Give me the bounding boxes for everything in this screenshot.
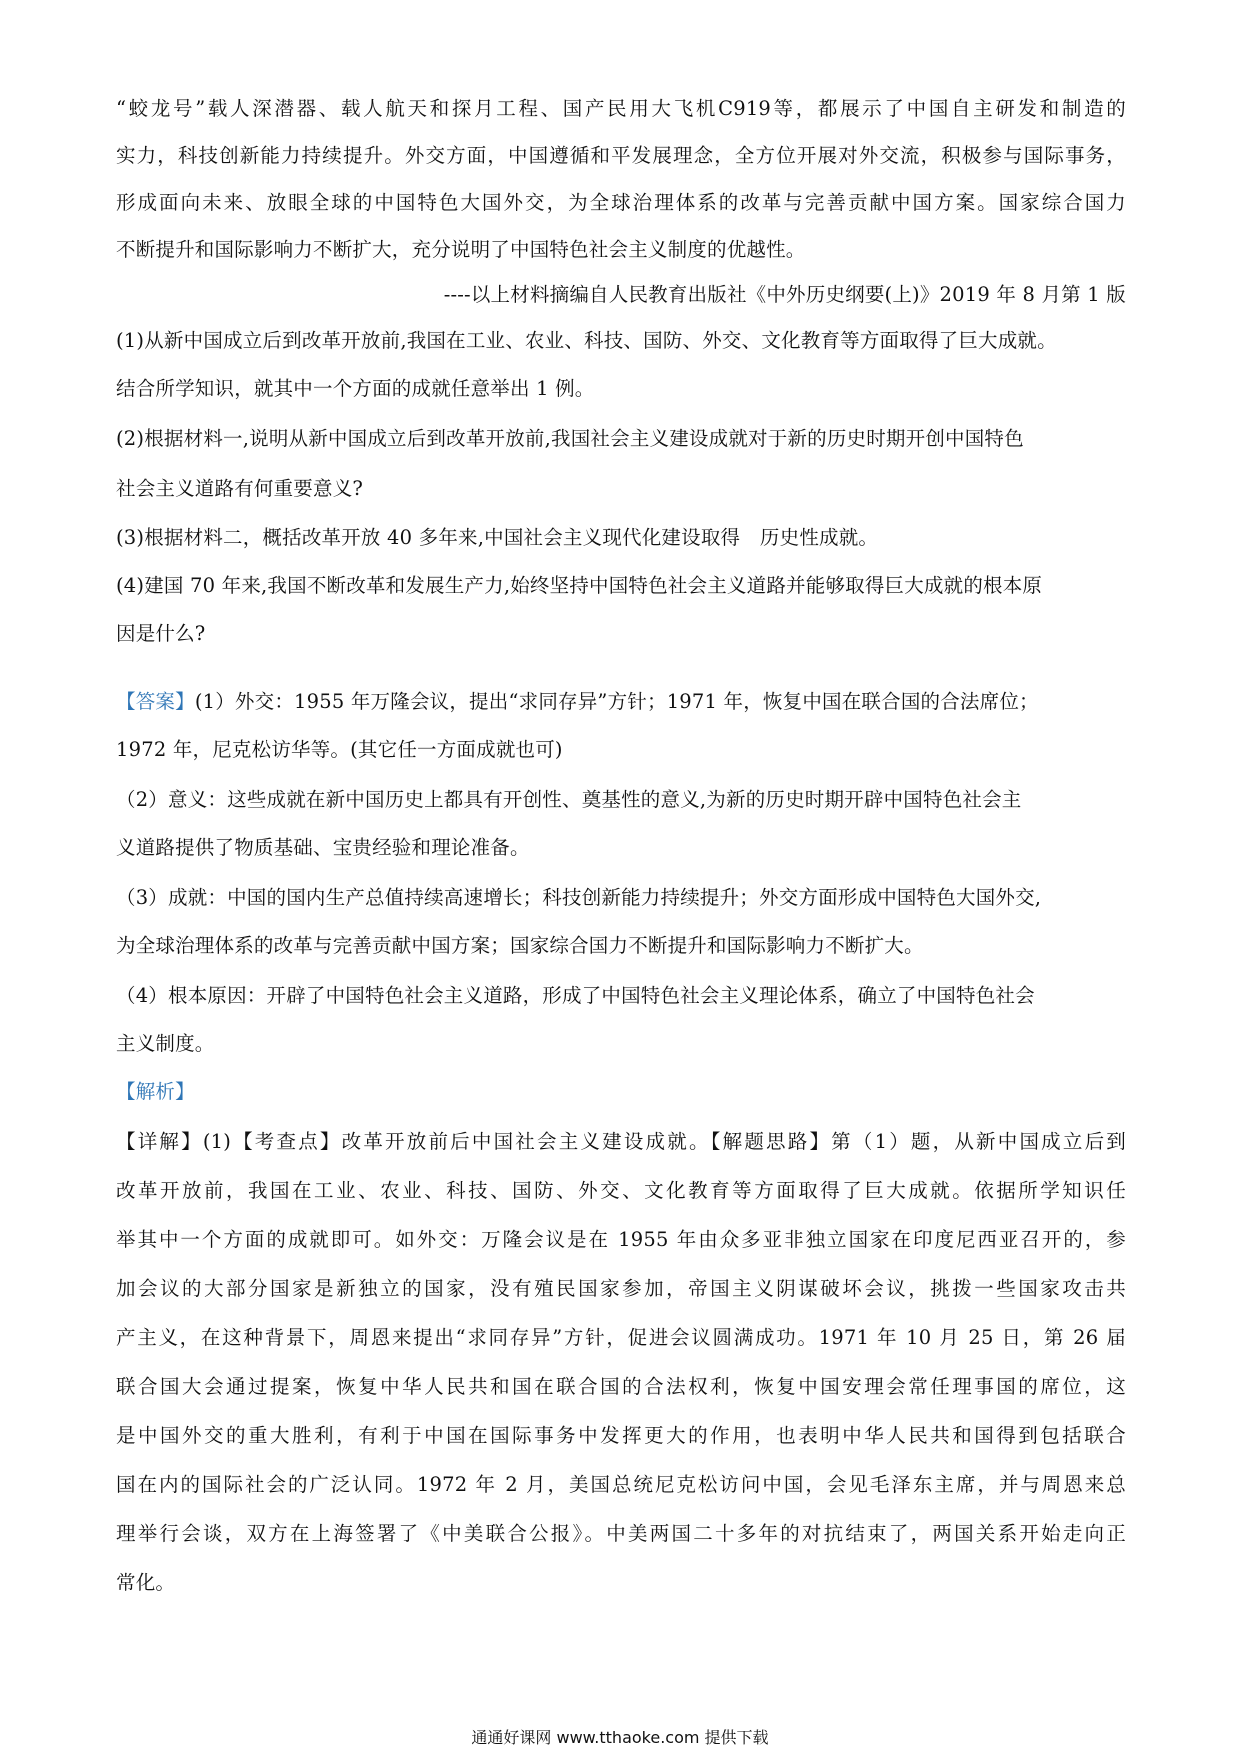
question-2-line: 社会主义道路有何重要意义? <box>116 476 1126 502</box>
analysis-line: 举其中一个方面的成就即可。如外交：万隆会议是在 1955 年由众多亚非独立国家在… <box>116 1227 1126 1253</box>
answer-3-line: 为全球治理体系的改革与完善贡献中国方案；国家综合国力不断提升和国际影响力不断扩大… <box>116 933 1126 959</box>
question-1-line: 结合所学知识，就其中一个方面的成就任意举出 1 例。 <box>116 376 1126 402</box>
answer-2-line: 义道路提供了物质基础、宝贵经验和理论准备。 <box>116 835 1126 861</box>
answer-2-line: （2）意义：这些成就在新中国历史上都具有开创性、奠基性的意义,为新的历史时期开辟… <box>116 787 1126 813</box>
material-line: 不断提升和国际影响力不断扩大，充分说明了中国特色社会主义制度的优越性。 <box>116 237 1126 263</box>
analysis-line: 产主义，在这种背景下，周恩来提出“求同存异”方针，促进会议圆满成功。1971 年… <box>116 1325 1126 1351</box>
analysis-line: 国在内的国际社会的广泛认同。1972 年 2 月，美国总统尼克松访问中国，会见毛… <box>116 1472 1126 1498</box>
footer-watermark: 通通好课网 www.tthaoke.com 提供下载 <box>0 1728 1240 1748</box>
material-line: 形成面向未来、放眼全球的中国特色大国外交，为全球治理体系的改革与完善贡献中国方案… <box>116 190 1126 216</box>
question-3-line: (3)根据材料二，概括改革开放 40 多年来,中国社会主义现代化建设取得 历史性… <box>116 525 1126 551</box>
answer-3-line: （3）成就：中国的国内生产总值持续高速增长；科技创新能力持续提升；外交方面形成中… <box>116 885 1126 911</box>
material-line: “蛟龙号”载人深潜器、载人航天和探月工程、国产民用大飞机C919等，都展示了中国… <box>116 96 1126 122</box>
analysis-line: 常化。 <box>116 1570 1126 1596</box>
question-4-line: (4)建国 70 年来,我国不断改革和发展生产力,始终坚持中国特色社会主义道路并… <box>116 573 1126 599</box>
answer-label: 【答案】 <box>116 690 195 713</box>
analysis-label: 【解析】 <box>116 1079 1126 1105</box>
question-1-line: (1)从新中国成立后到改革开放前,我国在工业、农业、科技、国防、外交、文化教育等… <box>116 328 1126 354</box>
answer-line: 【答案】(1）外交：1955 年万隆会议，提出“求同存异”方针；1971 年，恢… <box>116 689 1126 715</box>
analysis-line: 是中国外交的重大胜利，有利于中国在国际事务中发挥更大的作用，也表明中华人民共和国… <box>116 1423 1126 1449</box>
material-source: ----以上材料摘编自人民教育出版社《中外历史纲要(上)》2019 年 8 月第… <box>116 282 1126 308</box>
answer-4-line: 主义制度。 <box>116 1031 1126 1057</box>
question-2-line: (2)根据材料一,说明从新中国成立后到改革开放前,我国社会主义建设成就对于新的历… <box>116 426 1126 452</box>
analysis-line: 改革开放前，我国在工业、农业、科技、国防、外交、文化教育等方面取得了巨大成就。依… <box>116 1178 1126 1204</box>
analysis-line: 联合国大会通过提案，恢复中华人民共和国在联合国的合法权利，恢复中国安理会常任理事… <box>116 1374 1126 1400</box>
answer-1-line: 1972 年，尼克松访华等。(其它任一方面成就也可) <box>116 737 1126 763</box>
analysis-line: 【详解】(1)【考查点】改革开放前后中国社会主义建设成就。【解题思路】第（1）题… <box>116 1129 1126 1155</box>
analysis-line: 理举行会谈，双方在上海签署了《中美联合公报》。中美两国二十多年的对抗结束了，两国… <box>116 1521 1126 1547</box>
question-4-line: 因是什么? <box>116 621 1126 647</box>
material-line: 实力，科技创新能力持续提升。外交方面，中国遵循和平发展理念，全方位开展对外交流，… <box>116 143 1126 169</box>
analysis-line: 加会议的大部分国家是新独立的国家，没有殖民国家参加，帝国主义阴谋破坏会议，挑拨一… <box>116 1276 1126 1302</box>
answer-1-text: (1）外交：1955 年万隆会议，提出“求同存异”方针；1971 年，恢复中国在… <box>195 690 1039 713</box>
answer-4-line: （4）根本原因：开辟了中国特色社会主义道路，形成了中国特色社会主义理论体系，确立… <box>116 983 1126 1009</box>
